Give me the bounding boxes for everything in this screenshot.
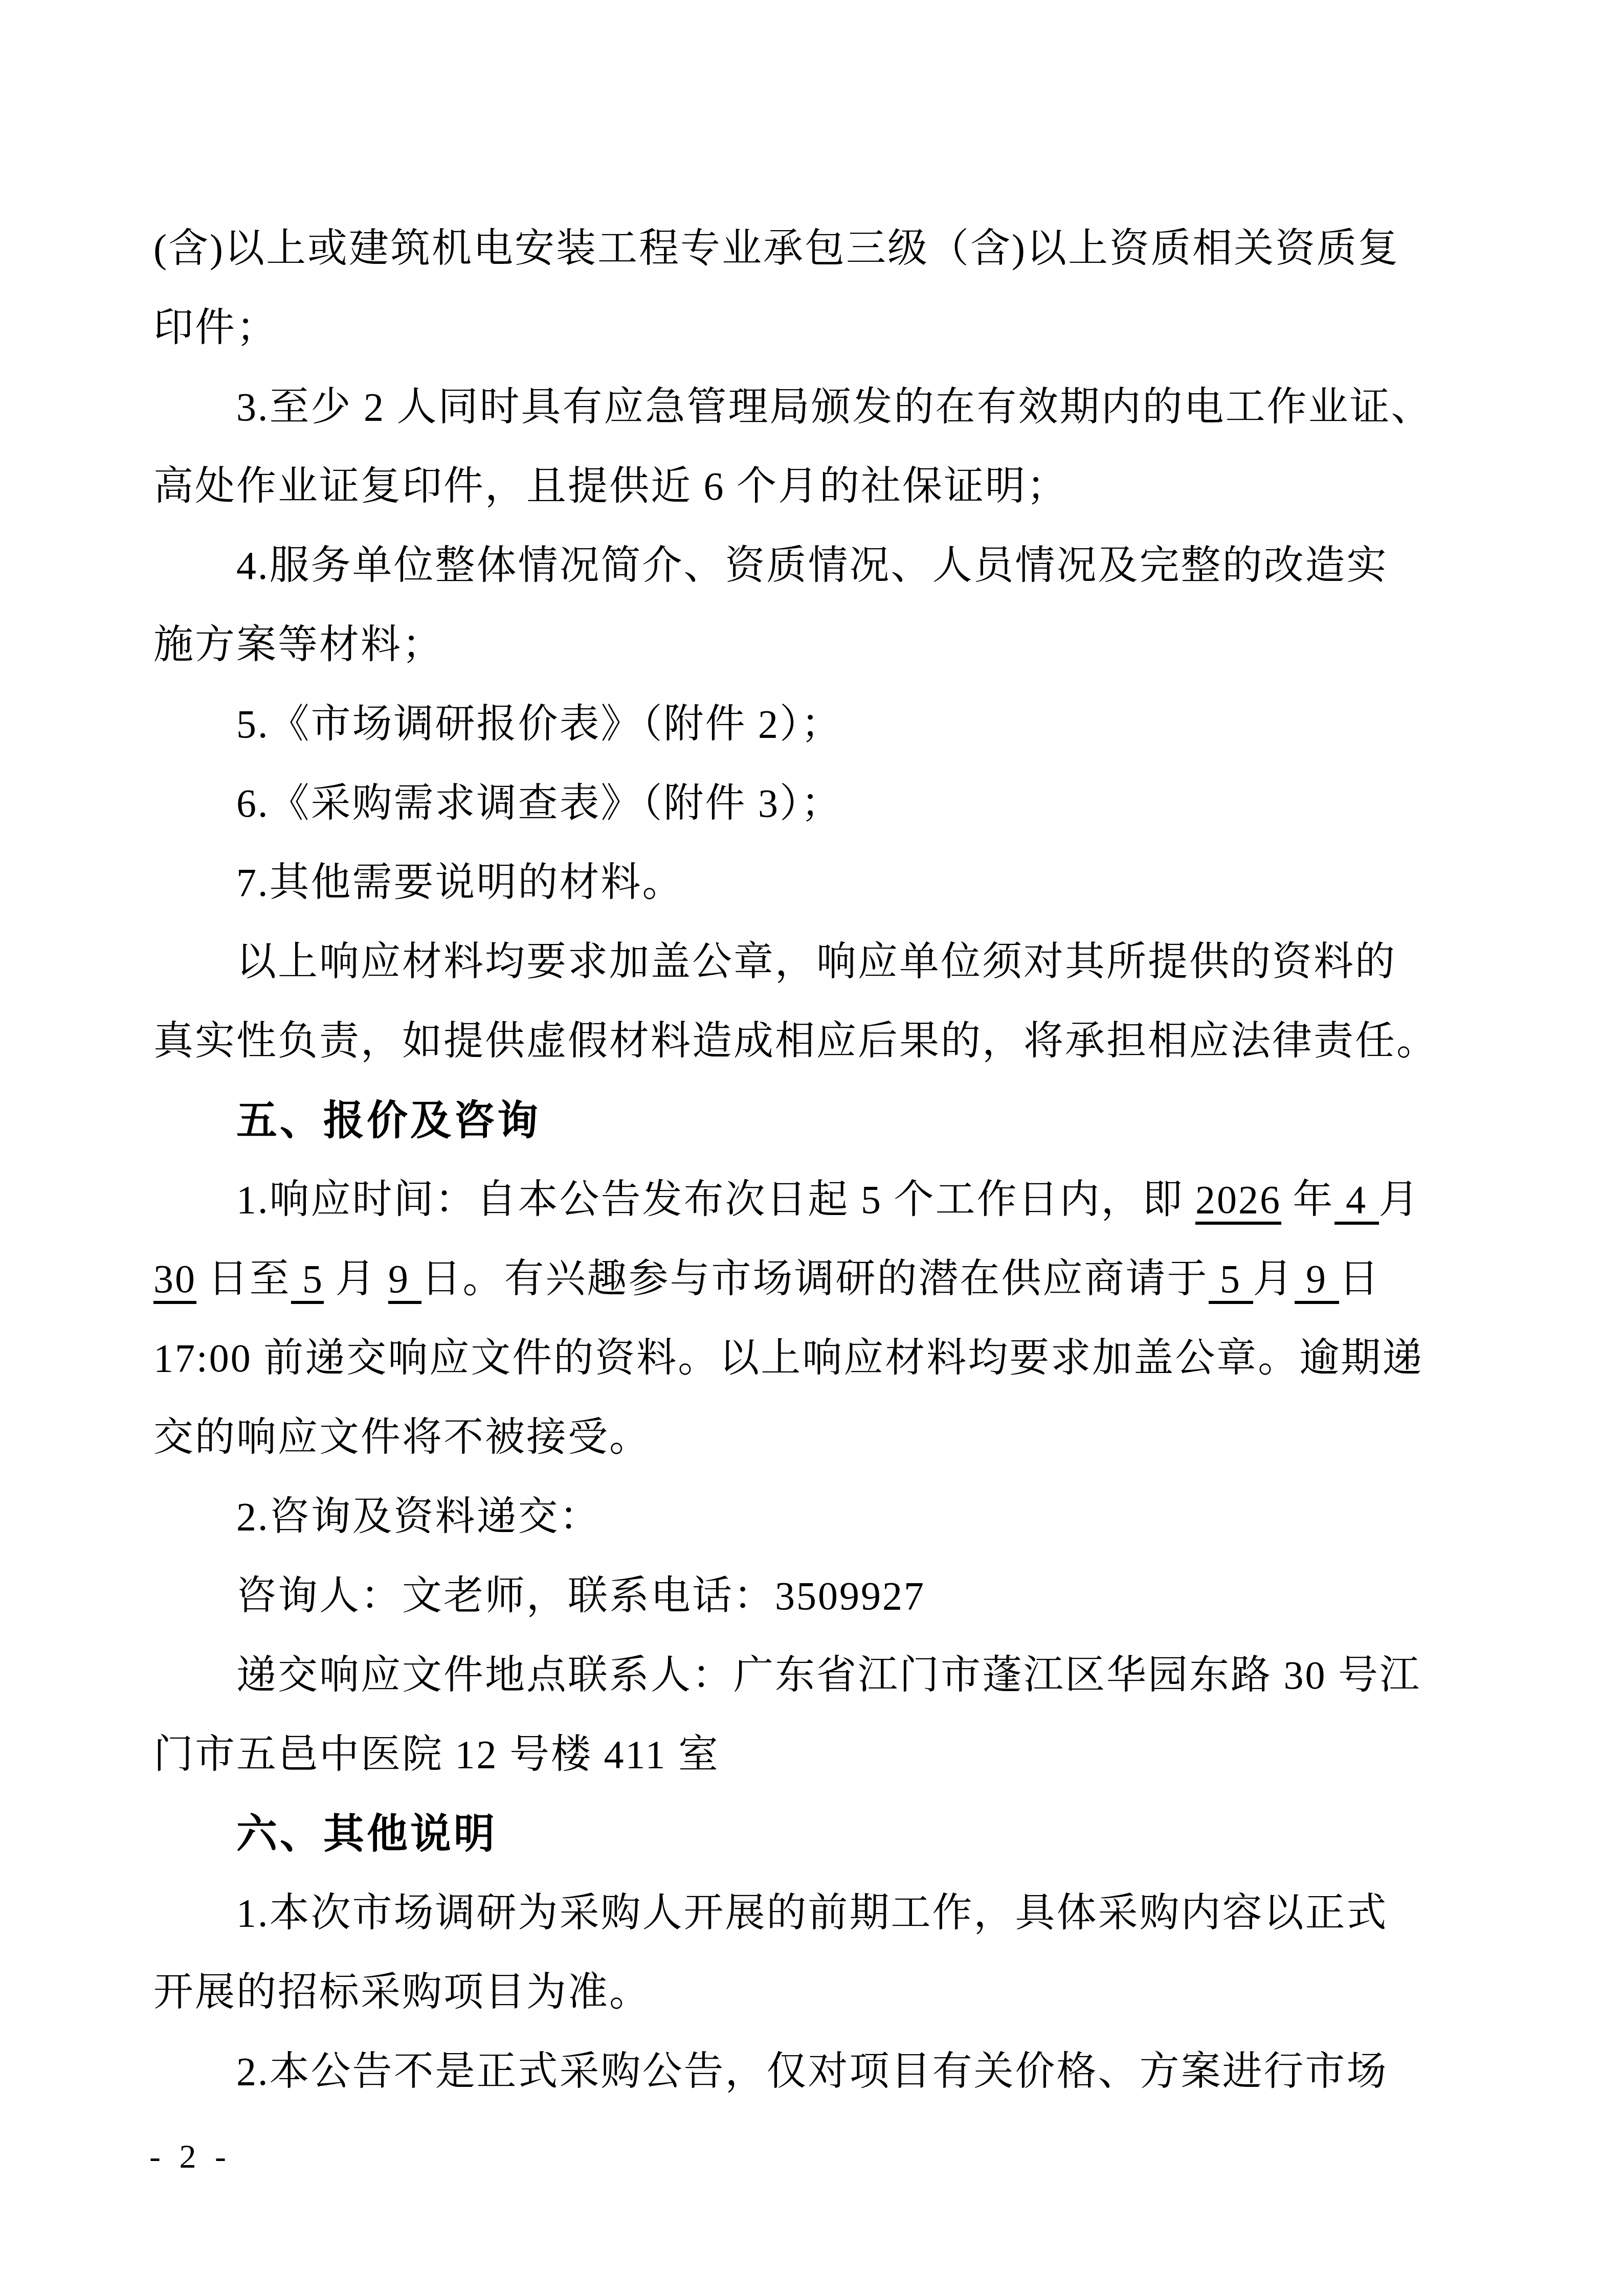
text-segment: 6.《采购需求调查表》（附件 3）； <box>236 781 842 825</box>
text-segment: 咨询人：文老师，联系电话：3509927 <box>236 1573 925 1618</box>
text-segment: 3.至少 2 人同时具有应急管理局颁发的在有效期内的电工作业证、 <box>236 385 1433 429</box>
text-segment: 印件； <box>153 305 278 350</box>
text-segment: 1.本次市场调研为采购人开展的前期工作，具体采购内容以正式 <box>236 1890 1388 1935</box>
text-segment: 日 <box>1339 1256 1381 1301</box>
text-line: 1.本次市场调研为采购人开展的前期工作，具体采购内容以正式 <box>153 1873 1494 1952</box>
text-segment: 六、其他说明 <box>236 1811 497 1856</box>
document-page-background: { "document": { "background_color": "#ff… <box>0 0 1624 2296</box>
text-line: 递交响应文件地点联系人：广东省江门市蓬江区华园东路 30 号江 <box>153 1635 1494 1715</box>
text-line: 2.咨询及资料递交： <box>153 1477 1494 1556</box>
text-segment: 1.响应时间：自本公告发布次日起 5 个工作日内，即 <box>236 1177 1195 1222</box>
text-segment: 7.其他需要说明的材料。 <box>236 860 684 905</box>
text-segment: 递交响应文件地点联系人：广东省江门市蓬江区华园东路 30 号江 <box>236 1653 1421 1697</box>
text-segment: 真实性负责，如提供虚假材料造成相应后果的，将承担相应法律责任。 <box>153 1019 1438 1063</box>
text-segment: 高处作业证复印件，且提供近 6 个月的社保证明； <box>153 464 1068 508</box>
text-line: 30 日至 5 月 9 日。有兴趣参与市场调研的潜在供应商请于 5 月 9 日 <box>153 1239 1494 1318</box>
text-line: 17:00 前递交响应文件的资料。以上响应材料均要求加盖公章。逾期递 <box>153 1318 1494 1398</box>
underlined-blank-text: 5 <box>291 1256 324 1304</box>
text-line: 3.至少 2 人同时具有应急管理局颁发的在有效期内的电工作业证、 <box>153 367 1494 446</box>
text-line: 高处作业证复印件，且提供近 6 个月的社保证明； <box>153 446 1494 526</box>
text-line: (含)以上或建筑机电安装工程专业承包三级（含)以上资质相关资质复 <box>153 209 1494 288</box>
text-segment: 日至 <box>196 1256 291 1301</box>
underlined-blank-text: 9 <box>1295 1256 1339 1304</box>
underlined-blank-text: 4 <box>1334 1177 1379 1225</box>
text-line: 4.服务单位整体情况简介、资质情况、人员情况及完整的改造实 <box>153 526 1494 605</box>
text-segment: 交的响应文件将不被接受。 <box>153 1415 651 1459</box>
text-line: 5.《市场调研报价表》（附件 2）； <box>153 684 1494 763</box>
document-page: (含)以上或建筑机电安装工程专业承包三级（含)以上资质相关资质复印件；3.至少 … <box>0 0 1624 2296</box>
underlined-blank-text: 5 <box>1209 1256 1253 1304</box>
text-line: 门市五邑中医院 12 号楼 411 室 <box>153 1715 1494 1794</box>
text-segment: 2.咨询及资料递交： <box>236 1494 601 1539</box>
text-segment: 月 <box>1253 1256 1295 1301</box>
text-segment: 施方案等材料； <box>153 622 443 667</box>
text-segment: 月 <box>1379 1177 1420 1222</box>
text-segment: (含)以上或建筑机电安装工程专业承包三级（含)以上资质相关资质复 <box>153 226 1399 271</box>
page-number: - 2 - <box>149 2131 231 2182</box>
document-content: (含)以上或建筑机电安装工程专业承包三级（含)以上资质相关资质复印件；3.至少 … <box>153 209 1494 2111</box>
underlined-blank-text: 30 <box>153 1256 196 1304</box>
text-line: 2.本公告不是正式采购公告，仅对项目有关价格、方案进行市场 <box>153 2032 1494 2111</box>
text-line: 6.《采购需求调查表》（附件 3）； <box>153 763 1494 843</box>
text-line: 施方案等材料； <box>153 605 1494 684</box>
section-heading: 六、其他说明 <box>153 1794 1494 1873</box>
text-segment: 2.本公告不是正式采购公告，仅对项目有关价格、方案进行市场 <box>236 2049 1388 2094</box>
text-line: 印件； <box>153 288 1494 367</box>
text-line: 咨询人：文老师，联系电话：3509927 <box>153 1556 1494 1635</box>
text-line: 以上响应材料均要求加盖公章，响应单位须对其所提供的资料的 <box>153 922 1494 1001</box>
section-heading: 五、报价及咨询 <box>153 1081 1494 1160</box>
text-line: 交的响应文件将不被接受。 <box>153 1398 1494 1477</box>
text-segment: 5.《市场调研报价表》（附件 2）； <box>236 702 842 746</box>
text-segment: 五、报价及咨询 <box>236 1097 541 1143</box>
text-segment: 年 <box>1281 1177 1334 1222</box>
text-segment: 17:00 前递交响应文件的资料。以上响应材料均要求加盖公章。逾期递 <box>153 1336 1423 1380</box>
text-line: 真实性负责，如提供虚假材料造成相应后果的，将承担相应法律责任。 <box>153 1001 1494 1081</box>
text-segment: 月 <box>324 1256 388 1301</box>
underlined-blank-text: 9 <box>388 1256 421 1304</box>
text-segment: 开展的招标采购项目为准。 <box>153 1970 651 2014</box>
text-segment: 4.服务单位整体情况简介、资质情况、人员情况及完整的改造实 <box>236 543 1388 588</box>
underlined-blank-text: 2026 <box>1195 1177 1281 1225</box>
text-line: 开展的招标采购项目为准。 <box>153 1952 1494 2032</box>
text-segment: 门市五邑中医院 12 号楼 411 室 <box>153 1732 720 1776</box>
text-segment: 以上响应材料均要求加盖公章，响应单位须对其所提供的资料的 <box>236 939 1396 984</box>
text-segment: 日。有兴趣参与市场调研的潜在供应商请于 <box>421 1256 1209 1301</box>
text-line: 7.其他需要说明的材料。 <box>153 843 1494 922</box>
text-line: 1.响应时间：自本公告发布次日起 5 个工作日内，即 2026 年 4 月 <box>153 1160 1494 1239</box>
